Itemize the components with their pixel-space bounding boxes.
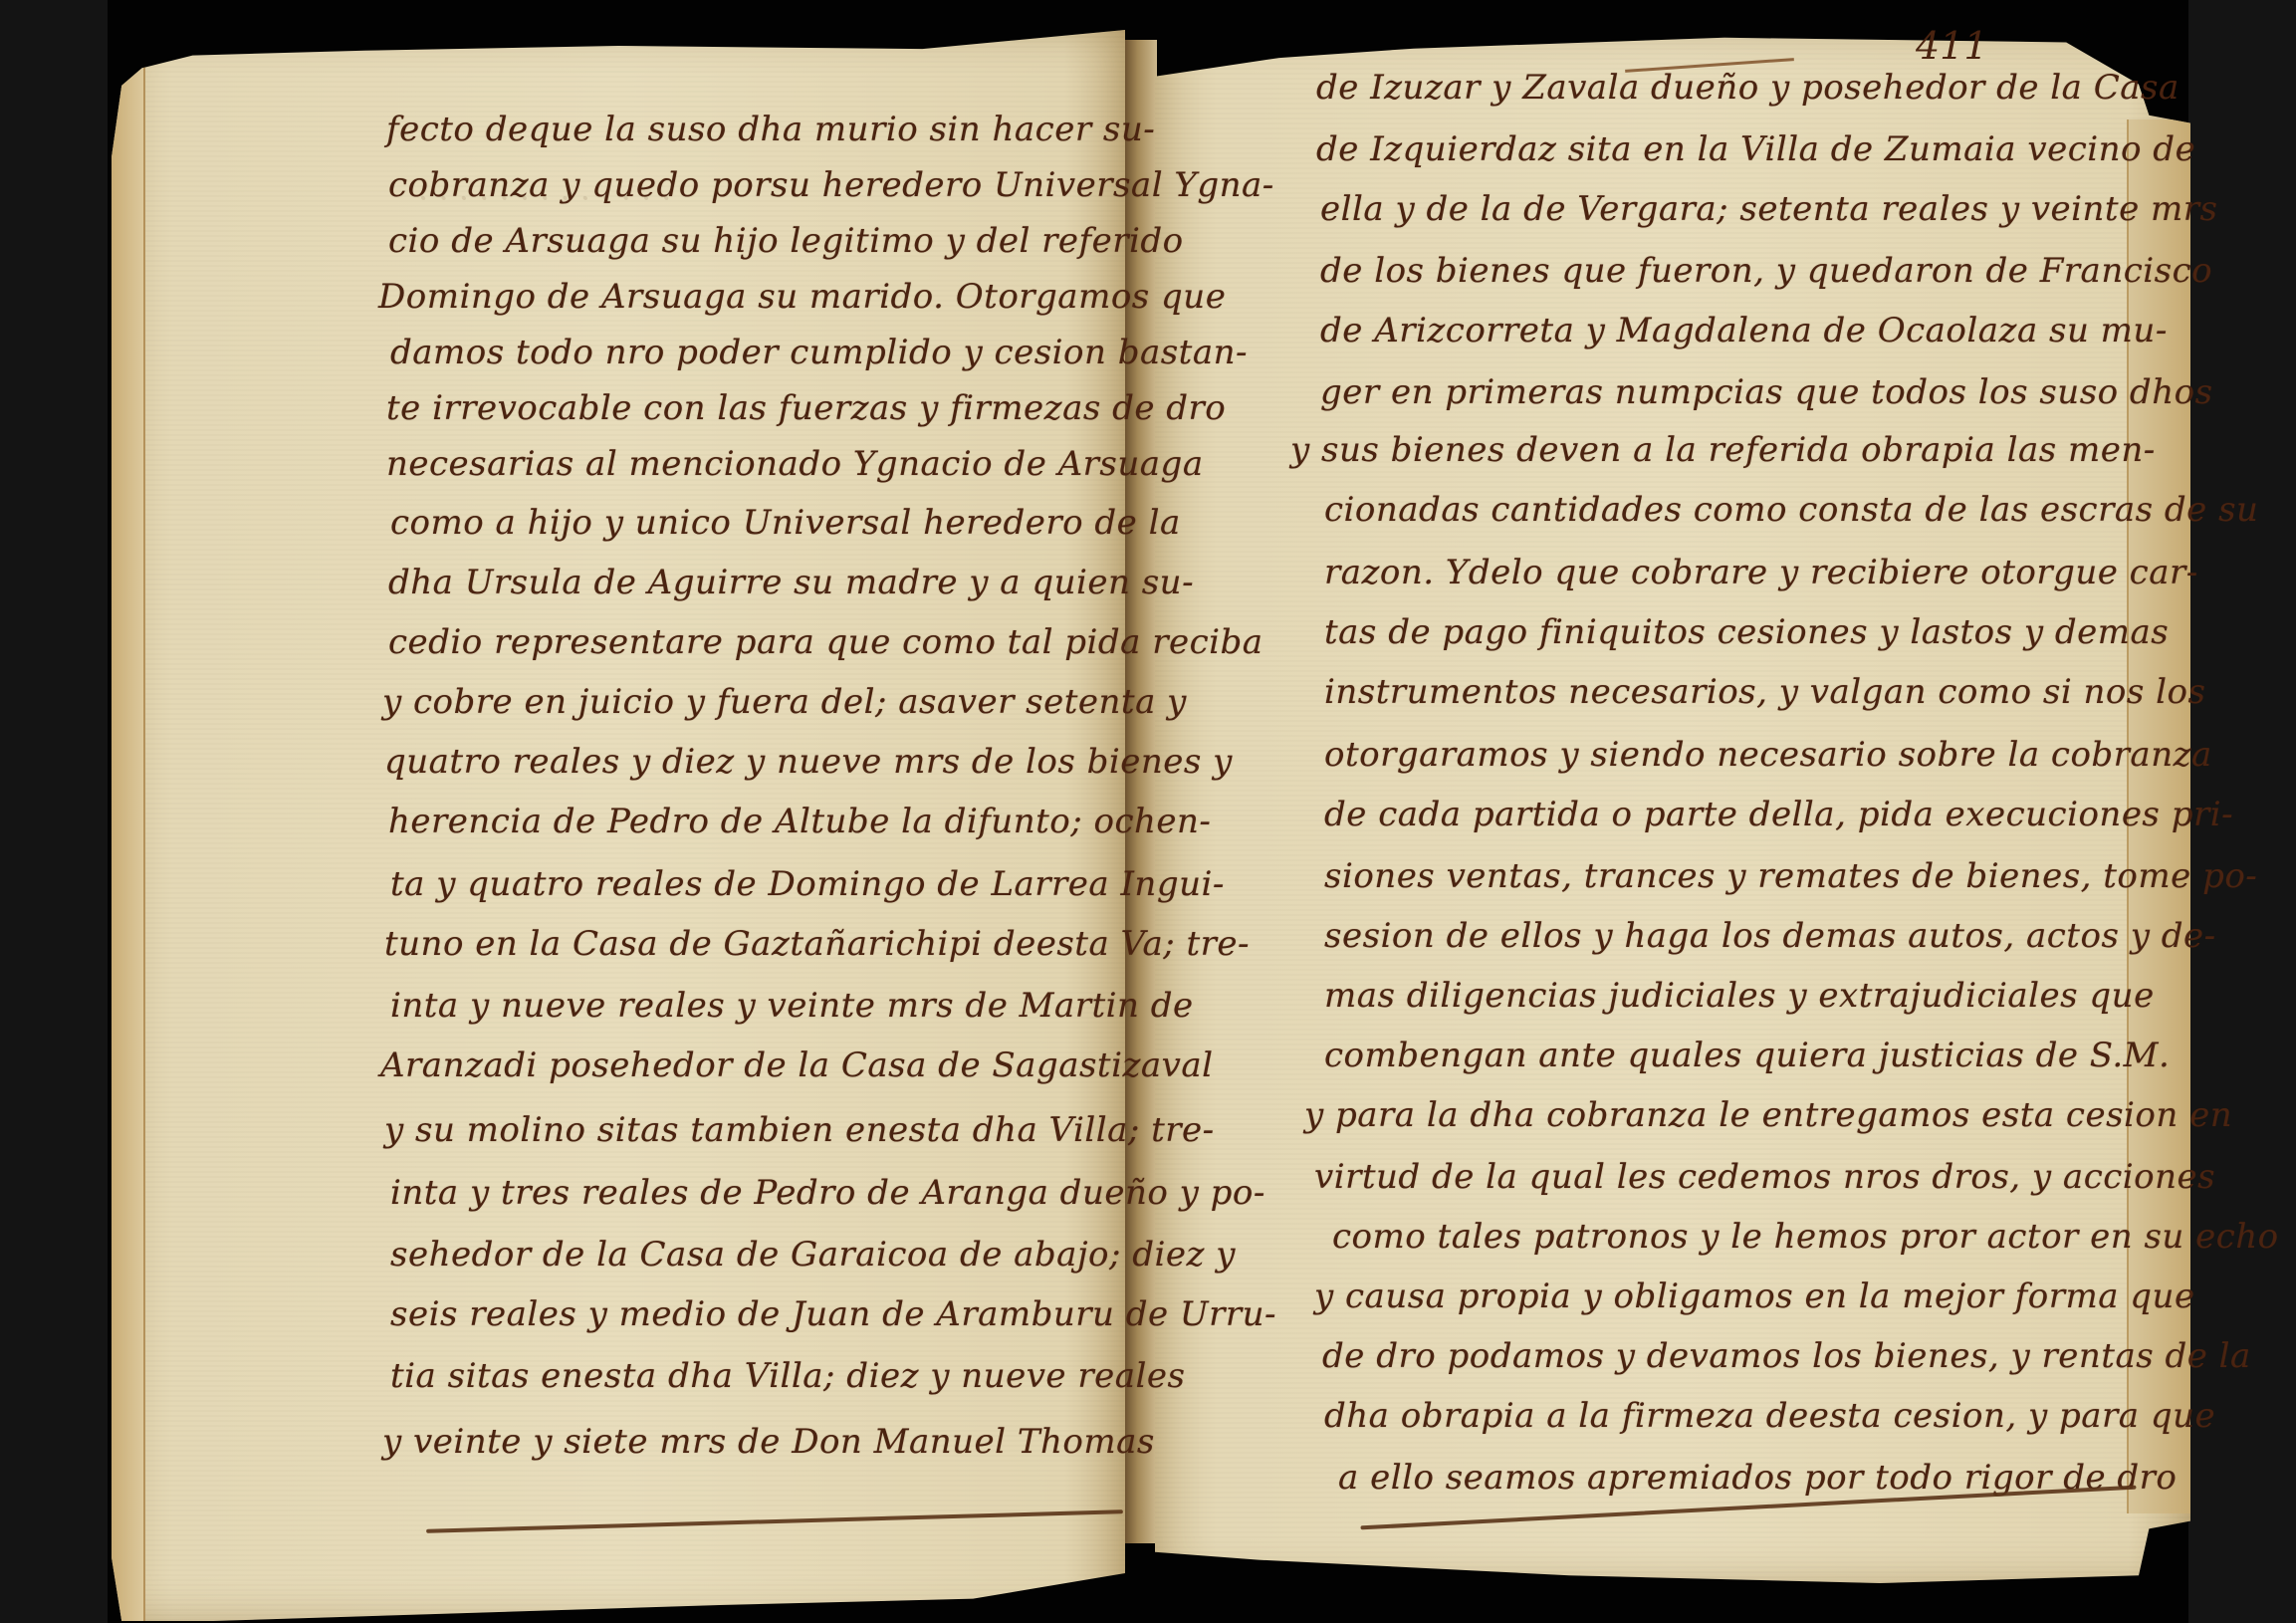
- left-line-9: dha Ursula de Aguirre su madre y a quien…: [388, 563, 1194, 602]
- right-line-13: de cada partida o parte della, pida exec…: [1324, 795, 2233, 834]
- right-line-3: ella y de la de Vergara; setenta reales …: [1320, 189, 2217, 229]
- left-line-3: cio de Arsuaga su hijo legitimo y del re…: [388, 221, 1184, 261]
- left-line-22: tia sitas enesta dha Villa; diez y nueve…: [390, 1356, 1185, 1396]
- right-line-9: razon. Ydelo que cobrare y recibiere oto…: [1324, 553, 2198, 592]
- right-line-20: como tales patronos y le hemos pror acto…: [1332, 1217, 2279, 1257]
- left-line-6: te irrevocable con las fuerzas y firmeza…: [386, 388, 1226, 428]
- right-line-1: de Izuzar y Zavala dueño y posehedor de …: [1316, 68, 2180, 108]
- left-line-1: fecto deque la suso dha murio sin hacer …: [386, 110, 1155, 149]
- left-line-11: y cobre en juicio y fuera del; asaver se…: [382, 682, 1187, 722]
- right-line-14: siones ventas, trances y remates de bien…: [1324, 856, 2257, 896]
- left-line-13: herencia de Pedro de Altube la difunto; …: [388, 802, 1211, 841]
- left-line-10: cedio representare para que como tal pid…: [388, 622, 1263, 662]
- left-line-20: sehedor de la Casa de Garaicoa de abajo;…: [390, 1235, 1236, 1275]
- left-line-15: tuno en la Casa de Gaztañarichipi deesta…: [384, 924, 1250, 964]
- right-line-6: ger en primeras numpcias que todos los s…: [1320, 372, 2213, 412]
- right-line-11: instrumentos necesarios, y valgan como s…: [1324, 672, 2205, 712]
- right-line-10: tas de pago finiquitos cesiones y lastos…: [1324, 612, 2169, 652]
- right-line-22: de dro podamos y devamos los bienes, y r…: [1322, 1336, 2251, 1376]
- right-line-4: de los bienes que fueron, y quedaron de …: [1320, 251, 2212, 291]
- left-line-17: Aranzadi posehedor de la Casa de Sagasti…: [380, 1045, 1214, 1085]
- right-line-7: y sus bienes deven a la referida obrapia…: [1290, 430, 2156, 470]
- left-line-12: quatro reales y diez y nueve mrs de los …: [384, 742, 1233, 782]
- left-line-23: y veinte y siete mrs de Don Manuel Thoma…: [382, 1422, 1155, 1462]
- left-line-5: damos todo nro poder cumplido y cesion b…: [390, 333, 1248, 372]
- left-line-18: y su molino sitas tambien enesta dha Vil…: [384, 1110, 1215, 1150]
- right-line-16: mas diligencias judiciales y extrajudici…: [1324, 976, 2155, 1016]
- right-line-21: y causa propia y obligamos en la mejor f…: [1314, 1276, 2195, 1316]
- right-line-17: combengan ante quales quiera justicias d…: [1324, 1036, 2170, 1075]
- right-line-5: de Arizcorreta y Magdalena de Ocaolaza s…: [1320, 311, 2168, 350]
- right-line-19: virtud de la qual les cedemos nros dros,…: [1314, 1157, 2215, 1197]
- left-page-edge: [112, 30, 145, 1621]
- left-line-19: inta y tres reales de Pedro de Aranga du…: [390, 1173, 1265, 1213]
- left-line-14: ta y quatro reales de Domingo de Larrea …: [390, 864, 1225, 904]
- right-line-12: otorgaramos y siendo necesario sobre la …: [1324, 735, 2212, 775]
- right-line-8: cionadas cantidades como consta de las e…: [1324, 490, 2258, 530]
- left-line-4: Domingo de Arsuaga su marido. Otorgamos …: [378, 277, 1226, 317]
- right-line-18: y para la dha cobranza le entregamos est…: [1304, 1095, 2232, 1135]
- left-line-21: seis reales y medio de Juan de Aramburu …: [390, 1294, 1276, 1334]
- folio-number: 411: [1916, 24, 1988, 68]
- left-line-7: necesarias al mencionado Ygnacio de Arsu…: [386, 444, 1204, 484]
- right-line-23: dha obrapia a la firmeza deesta cesion, …: [1324, 1396, 2215, 1436]
- left-line-8: como a hijo y unico Universal heredero d…: [390, 503, 1181, 543]
- right-line-2: de Izquierdaz sita en la Villa de Zumaia…: [1316, 129, 2195, 169]
- left-line-2: cobranza y quedo porsu heredero Universa…: [388, 165, 1274, 205]
- right-line-15: sesion de ellos y haga los demas autos, …: [1324, 916, 2216, 956]
- left-line-16: inta y nueve reales y veinte mrs de Mart…: [390, 986, 1194, 1026]
